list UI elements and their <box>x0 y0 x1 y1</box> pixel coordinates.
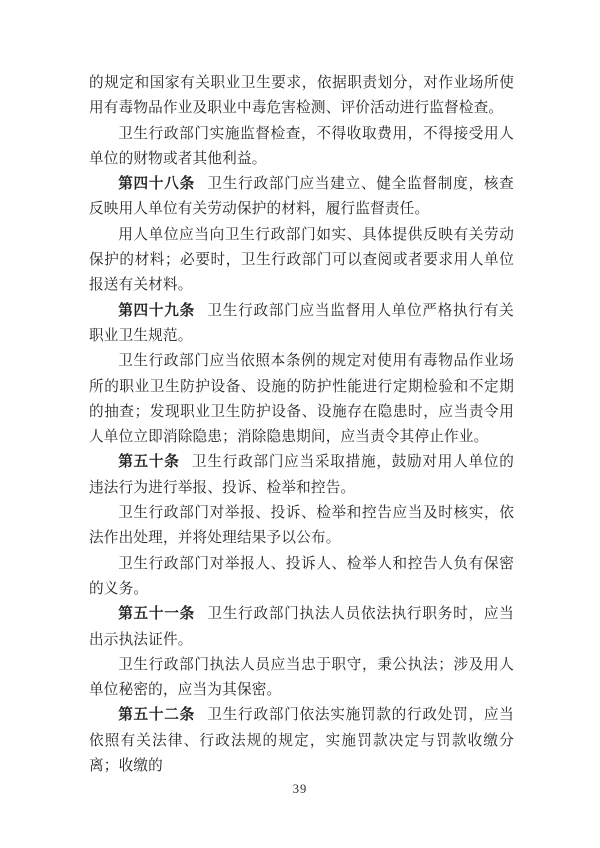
article-paragraph-51: 第五十一条卫生行政部门执法人员依法执行职务时，应当出示执法证件。 <box>89 602 514 653</box>
paragraph: 卫生行政部门实施监督检查，不得收取费用，不得接受用人单位的财物或者其他利益。 <box>89 122 514 173</box>
article-number: 第五十条 <box>118 454 179 470</box>
paragraph-continuation: 的规定和国家有关职业卫生要求，依据职责划分，对作业场所使用有毒物品作业及职业中毒… <box>89 71 514 122</box>
page-number: 39 <box>0 782 600 797</box>
article-number: 第四十九条 <box>118 303 195 319</box>
article-paragraph-48: 第四十八条卫生行政部门应当建立、健全监督制度，核查反映用人单位有关劳动保护的材料… <box>89 172 514 223</box>
paragraph: 卫生行政部门应当依照本条例的规定对使用有毒物品作业场所的职业卫生防护设备、设施的… <box>89 349 514 450</box>
article-paragraph-52: 第五十二条卫生行政部门依法实施罚款的行政处罚，应当依照有关法律、行政法规的规定，… <box>89 703 514 779</box>
document-body: 的规定和国家有关职业卫生要求，依据职责划分，对作业场所使用有毒物品作业及职业中毒… <box>89 71 514 779</box>
paragraph: 卫生行政部门执法人员应当忠于职守，秉公执法；涉及用人单位秘密的，应当为其保密。 <box>89 653 514 704</box>
paragraph: 卫生行政部门对举报人、投诉人、检举人和控告人负有保密的义务。 <box>89 552 514 603</box>
article-number: 第五十一条 <box>118 606 195 622</box>
document-page: 的规定和国家有关职业卫生要求，依据职责划分，对作业场所使用有毒物品作业及职业中毒… <box>0 0 600 848</box>
article-number: 第四十八条 <box>118 176 195 192</box>
paragraph: 卫生行政部门对举报、投诉、检举和控告应当及时核实，依法作出处理，并将处理结果予以… <box>89 501 514 552</box>
paragraph: 用人单位应当向卫生行政部门如实、具体提供反映有关劳动保护的材料；必要时，卫生行政… <box>89 223 514 299</box>
article-number: 第五十二条 <box>118 707 195 723</box>
article-paragraph-50: 第五十条卫生行政部门应当采取措施，鼓励对用人单位的违法行为进行举报、投诉、检举和… <box>89 450 514 501</box>
article-paragraph-49: 第四十九条卫生行政部门应当监督用人单位严格执行有关职业卫生规范。 <box>89 299 514 350</box>
